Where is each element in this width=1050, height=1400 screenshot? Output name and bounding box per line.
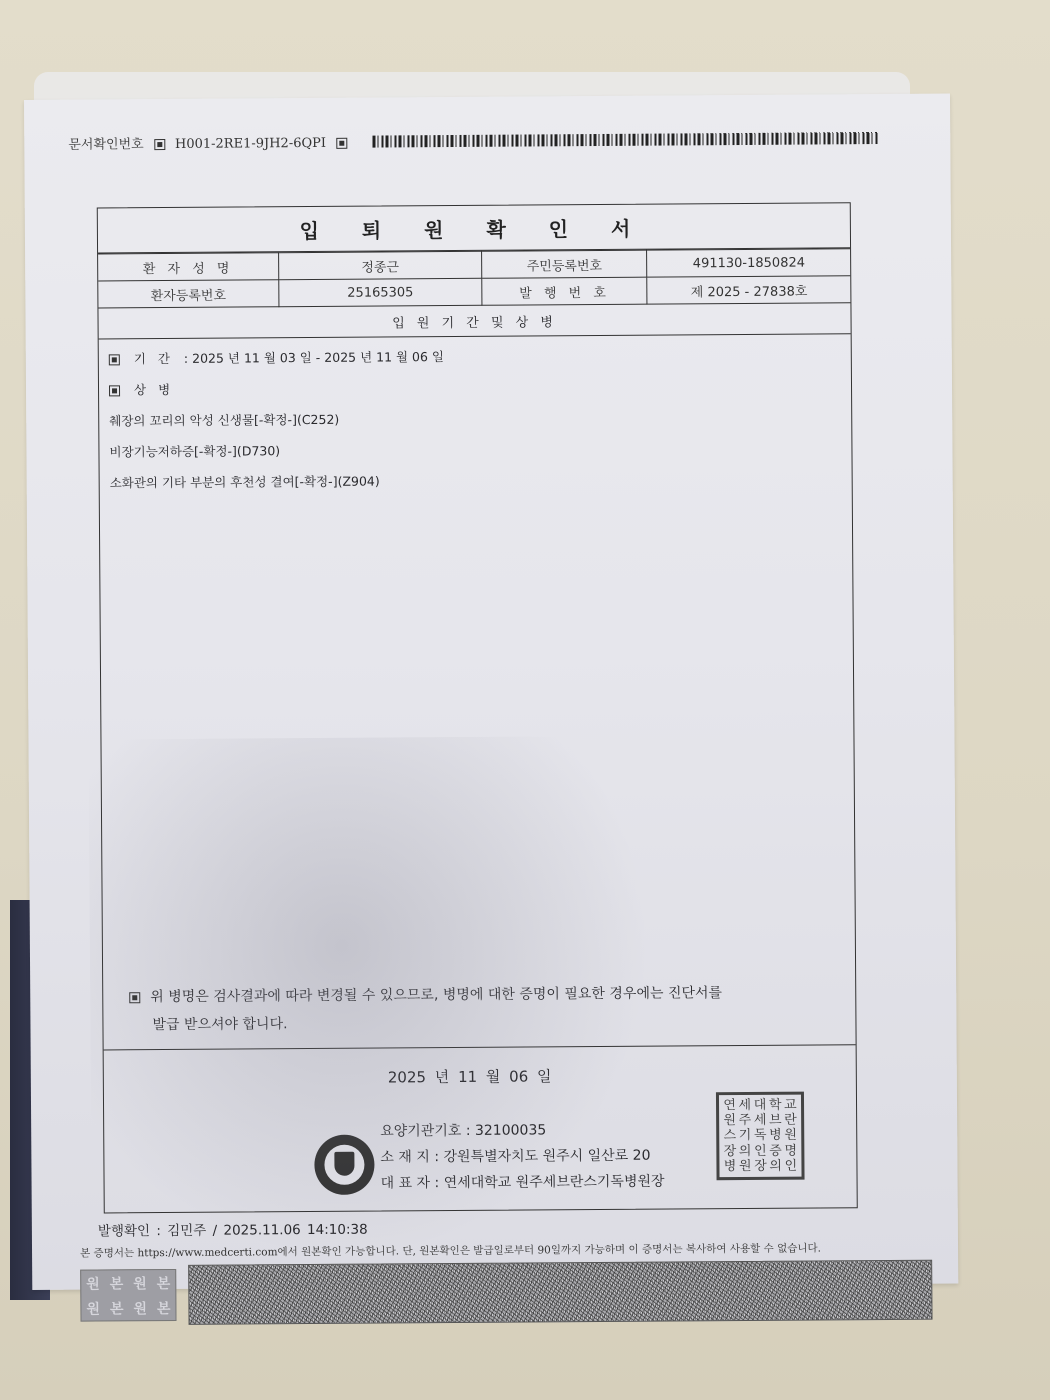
university-emblem-icon	[314, 1135, 374, 1195]
seal-char: 연	[722, 1099, 737, 1112]
institution-representative: 대 표 자 : 연세대학교 원주세브란스기독병원장	[380, 1169, 664, 1197]
admission-details: 기 간 : 2025 년 11 월 03 일 - 2025 년 11 월 06 …	[99, 334, 856, 1049]
original-mark: 본	[105, 1298, 129, 1318]
seal-char: 의	[768, 1160, 783, 1173]
notice-line-2: 발급 받으셔야 합니다.	[129, 1007, 722, 1039]
seal-char: 병	[722, 1160, 737, 1173]
resident-no: 491130-1850824	[647, 249, 850, 277]
seal-char: 인	[753, 1145, 768, 1158]
diagnosis-item: 췌장의 꼬리의 악성 신생물[-확정-](C252)	[109, 406, 841, 429]
seal-char: 브	[768, 1114, 783, 1127]
doc-check-line: 문서확인번호 H001-2RE1-9JH2-6QPI	[68, 132, 353, 153]
square-bullet-icon	[336, 138, 347, 149]
square-bullet-icon	[109, 354, 120, 365]
seal-char: 증	[768, 1144, 783, 1157]
period-label: 기 간	[134, 351, 174, 366]
institution-info: 요양기관기호 : 32100035 소 재 지 : 강원특별자치도 원주시 일산…	[380, 1117, 664, 1197]
certificate-form: 입 퇴 원 확 인 서 환 자 성 명 정종근 주민등록번호 491130-18…	[97, 202, 858, 1213]
seal-char: 세	[752, 1114, 767, 1127]
seal-char: 병	[768, 1129, 783, 1142]
patient-name: 정종근	[279, 251, 482, 279]
seal-char: 의	[737, 1145, 752, 1158]
seal-char: 대	[752, 1099, 767, 1112]
seal-char: 주	[737, 1114, 752, 1127]
seal-char: 스	[722, 1130, 737, 1143]
original-mark: 본	[105, 1273, 129, 1293]
patient-reg-no: 25165305	[279, 278, 482, 306]
doc-check-number: H001-2RE1-9JH2-6QPI	[175, 136, 326, 152]
seal-char: 원	[722, 1114, 737, 1127]
notice-text: 위 병명은 검사결과에 따라 변경될 수 있으므로, 병명에 대한 증명이 필요…	[150, 985, 722, 1005]
seal-char: 기	[737, 1129, 752, 1142]
period-row: 기 간 : 2025 년 11 월 03 일 - 2025 년 11 월 06 …	[109, 344, 841, 367]
document-title: 입 퇴 원 확 인 서	[98, 203, 850, 253]
original-mark: 원	[81, 1273, 105, 1293]
square-bullet-icon	[129, 992, 140, 1003]
original-mark: 본	[152, 1297, 176, 1317]
original-mark: 원	[128, 1298, 152, 1318]
seal-char: 명	[783, 1144, 798, 1157]
diagnosis-item: 비장기능저하증[-확정-](D730)	[109, 437, 841, 460]
issuer-confirmation: 발행확인 : 김민주 / 2025.11.06 14:10:38	[98, 1218, 368, 1240]
notice-line-1: 위 병명은 검사결과에 따라 변경될 수 있으므로, 병명에 대한 증명이 필요…	[129, 979, 722, 1011]
square-bullet-icon	[154, 139, 165, 150]
patient-reg-label: 환자등록번호	[98, 280, 279, 308]
seal-char: 란	[783, 1114, 798, 1127]
certificate-paper: 문서확인번호 H001-2RE1-9JH2-6QPI 입 퇴 원 확 인 서 환…	[24, 94, 958, 1290]
diagnosis-header-row: 상 병	[109, 375, 841, 398]
seal-char: 장	[722, 1145, 737, 1158]
original-stamp: 원본원본원본원본	[80, 1269, 176, 1322]
seal-char: 인	[783, 1160, 798, 1173]
notice: 위 병명은 검사결과에 따라 변경될 수 있으므로, 병명에 대한 증명이 필요…	[129, 979, 722, 1039]
verification-disclaimer: 본 증명서는 https://www.medcerti.com에서 원본확인 가…	[80, 1240, 821, 1260]
institution-address: 소 재 지 : 강원특별자치도 원주시 일산로 20	[380, 1143, 664, 1171]
original-mark: 원	[128, 1273, 152, 1293]
issue-date: 2025 년 11 월 06 일	[388, 1065, 552, 1087]
barcode	[372, 132, 878, 148]
diagnosis-item: 소화관의 기타 부분의 후천성 결여[-확정-](Z904)	[110, 468, 842, 491]
diagnosis-label: 상 병	[134, 382, 174, 397]
institution-code: 요양기관기호 : 32100035	[380, 1117, 664, 1145]
seal-char: 원	[738, 1160, 753, 1173]
patient-info-table: 환 자 성 명 정종근 주민등록번호 491130-1850824 환자등록번호…	[98, 248, 850, 308]
seal-char: 장	[753, 1160, 768, 1173]
official-seal: 연세대학교원주세브란스기독병원장의인증명병원장의인	[716, 1092, 805, 1181]
seal-char: 독	[753, 1129, 768, 1142]
seal-char: 학	[768, 1099, 783, 1112]
seal-char: 교	[783, 1099, 798, 1112]
issuer-section: 2025 년 11 월 06 일 요양기관기호 : 32100035 소 재 지…	[104, 1044, 857, 1212]
square-bullet-icon	[109, 385, 120, 396]
resident-no-label: 주민등록번호	[482, 250, 648, 278]
issue-no: 제 2025 - 27838호	[647, 276, 850, 304]
doc-check-label: 문서확인번호	[68, 137, 143, 153]
original-mark: 본	[152, 1272, 176, 1292]
period-value: : 2025 년 11 월 03 일 - 2025 년 11 월 06 일	[184, 349, 444, 366]
patient-name-label: 환 자 성 명	[98, 253, 279, 281]
original-mark: 원	[81, 1298, 105, 1318]
seal-char: 원	[783, 1129, 798, 1142]
anti-copy-pattern	[188, 1260, 932, 1325]
issue-no-label: 발 행 번 호	[482, 277, 648, 305]
seal-char: 세	[737, 1099, 752, 1112]
